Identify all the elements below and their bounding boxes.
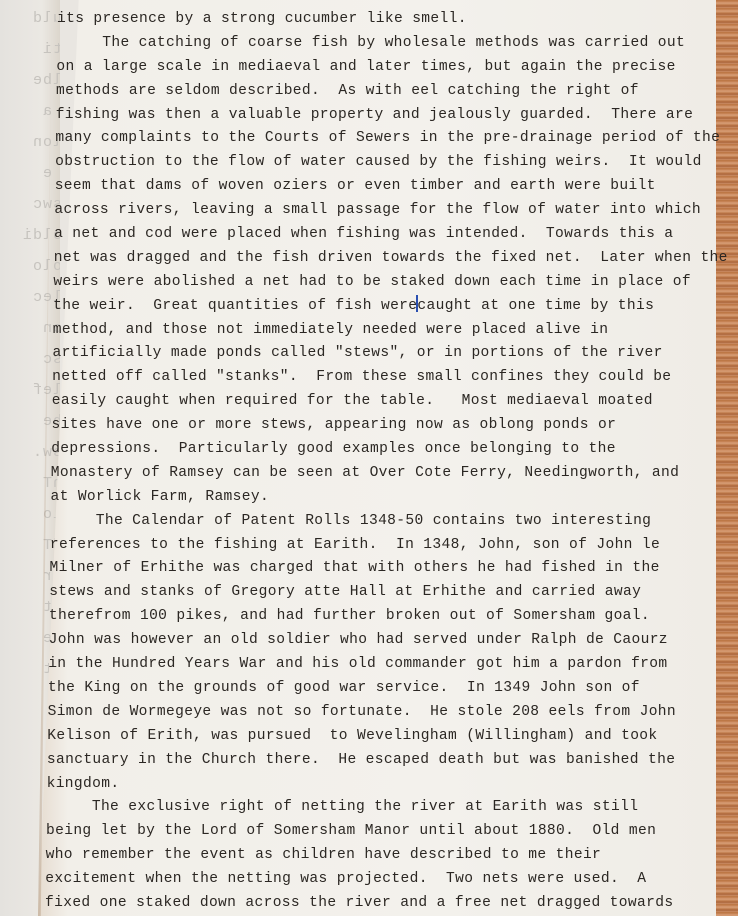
text-cursor: [416, 295, 418, 312]
text-line: the King on the grounds of good war serv…: [48, 677, 738, 701]
text-line: seem that dams of woven oziers or even t…: [55, 175, 738, 199]
text-line: on a large scale in mediaeval and later …: [56, 56, 738, 80]
text-line: methods are seldom described. As with ee…: [56, 80, 738, 104]
text-line: the weir. Great quantities of fish werec…: [53, 295, 738, 319]
text-line: John was however an old soldier who had …: [49, 629, 738, 653]
text-line: sanctuary in the Church there. He escape…: [47, 749, 738, 773]
text-line: kingdom.: [47, 773, 738, 797]
text-line: sites have one or more stews, appearing …: [52, 414, 738, 438]
text-line: across rivers, leaving a small passage f…: [54, 199, 738, 223]
text-line: netted off called "stanks". From these s…: [52, 366, 738, 390]
text-line: net was dragged and the fish driven towa…: [54, 247, 738, 271]
document-body: its presence by a strong cucumber like s…: [0, 8, 738, 916]
text-line: artificially made ponds called "stews", …: [53, 342, 738, 366]
text-line: Simon de Wormegeye was not so fortunate.…: [48, 701, 738, 725]
text-line: its presence by a strong cucumber like s…: [57, 8, 738, 32]
text-line: fishing was then a valuable property and…: [56, 104, 738, 128]
text-line: Monastery of Ramsey can be seen at Over …: [51, 462, 738, 486]
text-line: Kelison of Erith, was pursued to Wevelin…: [47, 725, 738, 749]
text-line: easily caught when required for the tabl…: [52, 390, 738, 414]
text-line: The catching of coarse fish by wholesale…: [57, 32, 738, 56]
text-line: obstruction to the flow of water caused …: [55, 151, 738, 175]
text-line: fixed one staked down across the river a…: [45, 892, 738, 916]
text-line: stews and stanks of Gregory atte Hall at…: [49, 581, 738, 605]
text-line: depressions. Particularly good examples …: [51, 438, 738, 462]
text-line: The exclusive right of netting the river…: [46, 796, 738, 820]
text-line: method, and those not immediately needed…: [53, 319, 738, 343]
text-line: being let by the Lord of Somersham Manor…: [46, 820, 738, 844]
text-line: weirs were abolished a net had to be sta…: [53, 271, 738, 295]
text-line: Milner of Erhithe was charged that with …: [50, 557, 738, 581]
text-line: therefrom 100 pikes, and had further bro…: [49, 605, 738, 629]
text-line: references to the fishing at Earith. In …: [50, 534, 738, 558]
text-line: a net and cod were placed when fishing w…: [54, 223, 738, 247]
text-line: excitement when the netting was projecte…: [45, 868, 738, 892]
text-line: who remember the event as children have …: [46, 844, 738, 868]
text-line: many complaints to the Courts of Sewers …: [55, 127, 738, 151]
text-line: in the Hundred Years War and his old com…: [48, 653, 738, 677]
text-line: at Worlick Farm, Ramsey.: [51, 486, 738, 510]
text-line: The Calendar of Patent Rolls 1348-50 con…: [50, 510, 738, 534]
